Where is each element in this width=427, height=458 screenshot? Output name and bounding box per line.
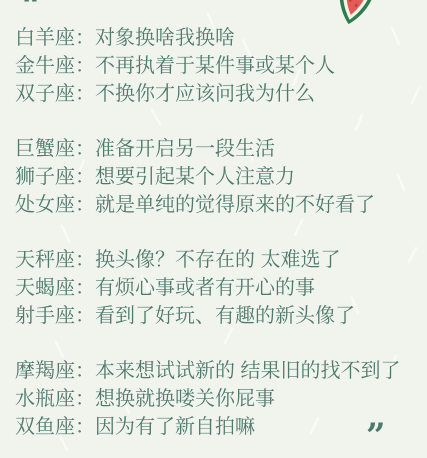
zodiac-colon: ： — [75, 305, 95, 327]
zodiac-row: 水瓶座：想换就换喽关你屁事 — [15, 385, 419, 413]
zodiac-group: 摩羯座：本来想试试新的 结果旧的找不到了 水瓶座：想换就换喽关你屁事 双鱼座：因… — [15, 357, 419, 441]
zodiac-colon: ： — [75, 166, 95, 188]
zodiac-group: 白羊座：对象换啥我换啥 金牛座：不再执着于某件事或某个人 双子座：不换你才应该问… — [15, 24, 419, 108]
zodiac-colon: ： — [75, 360, 95, 382]
zodiac-row: 白羊座：对象换啥我换啥 — [15, 24, 419, 52]
zodiac-sign: 天秤座 — [15, 249, 75, 271]
zodiac-text: 想换就换喽关你屁事 — [95, 388, 275, 410]
zodiac-sign: 射手座 — [15, 305, 75, 327]
zodiac-colon: ： — [75, 388, 95, 410]
zodiac-text: 不再执着于某件事或某个人 — [95, 55, 335, 77]
zodiac-text: 本来想试试新的 结果旧的找不到了 — [95, 360, 401, 382]
zodiac-colon: ： — [75, 249, 95, 271]
close-quote-mark: ” — [366, 419, 386, 453]
zodiac-colon: ： — [75, 27, 95, 49]
zodiac-text: 看到了好玩、有趣的新头像了 — [95, 305, 355, 327]
zodiac-row: 天秤座：换头像？不存在的 太难选了 — [15, 246, 419, 274]
zodiac-colon: ： — [75, 83, 95, 105]
zodiac-sign: 金牛座 — [15, 55, 75, 77]
zodiac-text: 想要引起某个人注意力 — [95, 166, 295, 188]
zodiac-text: 不换你才应该问我为什么 — [95, 83, 315, 105]
zodiac-row: 处女座：就是单纯的觉得原来的不好看了 — [15, 191, 419, 219]
zodiac-row: 巨蟹座：准备开启另一段生活 — [15, 135, 419, 163]
zodiac-group: 天秤座：换头像？不存在的 太难选了 天蝎座：有烦心事或者有开心的事 射手座：看到… — [15, 246, 419, 330]
zodiac-text: 换头像？不存在的 太难选了 — [95, 249, 341, 271]
zodiac-row: 天蝎座：有烦心事或者有开心的事 — [15, 274, 419, 302]
zodiac-row: 射手座：看到了好玩、有趣的新头像了 — [15, 302, 419, 330]
zodiac-row: 摩羯座：本来想试试新的 结果旧的找不到了 — [15, 357, 419, 385]
zodiac-text: 有烦心事或者有开心的事 — [95, 277, 315, 299]
zodiac-text: 对象换啥我换啥 — [95, 27, 235, 49]
zodiac-list: 白羊座：对象换啥我换啥 金牛座：不再执着于某件事或某个人 双子座：不换你才应该问… — [15, 24, 419, 441]
zodiac-text: 因为有了新自拍嘛 — [95, 416, 255, 438]
watermelon-icon — [334, 0, 378, 27]
zodiac-sign: 双鱼座 — [15, 416, 75, 438]
zodiac-colon: ： — [75, 277, 95, 299]
zodiac-colon: ： — [75, 194, 95, 216]
zodiac-avatar-card: “ 白羊座：对象换啥我换啥 金牛座：不再执着于某件事或某个人 双子座：不换你才应… — [0, 0, 427, 458]
zodiac-sign: 水瓶座 — [15, 388, 75, 410]
zodiac-sign: 摩羯座 — [15, 360, 75, 382]
zodiac-sign: 双子座 — [15, 83, 75, 105]
zodiac-text: 就是单纯的觉得原来的不好看了 — [95, 194, 375, 216]
zodiac-sign: 处女座 — [15, 194, 75, 216]
zodiac-sign: 天蝎座 — [15, 277, 75, 299]
zodiac-colon: ： — [75, 416, 95, 438]
zodiac-text: 准备开启另一段生活 — [95, 138, 275, 160]
zodiac-sign: 狮子座 — [15, 166, 75, 188]
open-quote-mark: “ — [22, 0, 42, 23]
zodiac-group: 巨蟹座：准备开启另一段生活 狮子座：想要引起某个人注意力 处女座：就是单纯的觉得… — [15, 135, 419, 219]
zodiac-sign: 白羊座 — [15, 27, 75, 49]
zodiac-colon: ： — [75, 138, 95, 160]
zodiac-sign: 巨蟹座 — [15, 138, 75, 160]
zodiac-row: 金牛座：不再执着于某件事或某个人 — [15, 52, 419, 80]
zodiac-row: 双子座：不换你才应该问我为什么 — [15, 80, 419, 108]
zodiac-colon: ： — [75, 55, 95, 77]
zodiac-row: 双鱼座：因为有了新自拍嘛 — [15, 413, 419, 441]
zodiac-row: 狮子座：想要引起某个人注意力 — [15, 163, 419, 191]
